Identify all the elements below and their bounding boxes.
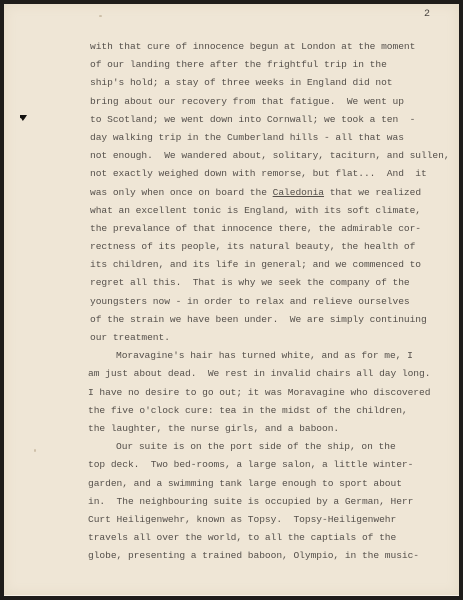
text-line: its children, and its life in general; a… bbox=[90, 256, 450, 274]
margin-ink-mark-icon bbox=[20, 115, 27, 121]
text-fragment: that we realized bbox=[324, 187, 421, 198]
text-line: top deck. Two bed-rooms, a large salon, … bbox=[88, 456, 450, 474]
text-line: youngsters now - in order to relax and r… bbox=[90, 293, 450, 311]
text-line: the five o'clock cure: tea in the midst … bbox=[88, 402, 450, 420]
text-line: our treatment. bbox=[90, 329, 450, 347]
text-line: Moravagine's hair has turned white, and … bbox=[90, 347, 450, 365]
text-line: not enough. We wandered about, solitary,… bbox=[90, 147, 450, 165]
text-line: the laughter, the nurse girls, and a bab… bbox=[88, 420, 450, 438]
ship-name-underlined: Caledonia bbox=[273, 187, 324, 198]
text-line: rectness of its people, its natural beau… bbox=[90, 238, 450, 256]
text-line: I have no desire to go out; it was Morav… bbox=[88, 384, 450, 402]
text-line: not exactly weighed down with remorse, b… bbox=[90, 165, 450, 183]
text-line: day walking trip in the Cumberland hills… bbox=[90, 129, 450, 147]
text-line: travels all over the world, to all the c… bbox=[88, 529, 450, 547]
text-line: Curt Heiligenwehr, known as Topsy. Topsy… bbox=[88, 511, 450, 529]
text-fragment: was only when once on board the bbox=[90, 187, 273, 198]
page-number: 2 bbox=[424, 9, 430, 20]
text-line: bring about our recovery from that fatig… bbox=[90, 93, 450, 111]
paper-speck bbox=[99, 15, 102, 17]
text-line-with-underline: was only when once on board the Caledoni… bbox=[90, 184, 450, 202]
text-line: to Scotland; we went down into Cornwall;… bbox=[90, 111, 450, 129]
text-line: of our landing there after the frightful… bbox=[90, 56, 450, 74]
text-line: am just about dead. We rest in invalid c… bbox=[88, 365, 450, 383]
typescript-page: 2 with that cure of innocence begun at L… bbox=[4, 4, 459, 596]
text-line: of the strain we have been under. We are… bbox=[90, 311, 450, 329]
text-line: the prevalance of that innocence there, … bbox=[90, 220, 450, 238]
text-line: regret all this. That is why we seek the… bbox=[90, 274, 450, 292]
typed-body-text: with that cure of innocence begun at Lon… bbox=[90, 38, 450, 565]
text-line: garden, and a swimming tank large enough… bbox=[88, 475, 450, 493]
text-line: Our suite is on the port side of the shi… bbox=[90, 438, 450, 456]
text-line: in. The neighbouring suite is occupied b… bbox=[88, 493, 450, 511]
text-line: with that cure of innocence begun at Lon… bbox=[90, 38, 450, 56]
paper-speck bbox=[34, 449, 36, 452]
text-line: what an excellent tonic is England, with… bbox=[90, 202, 450, 220]
text-line: globe, presenting a trained baboon, Olym… bbox=[88, 547, 450, 565]
text-line: ship's hold; a stay of three weeks in En… bbox=[90, 74, 450, 92]
